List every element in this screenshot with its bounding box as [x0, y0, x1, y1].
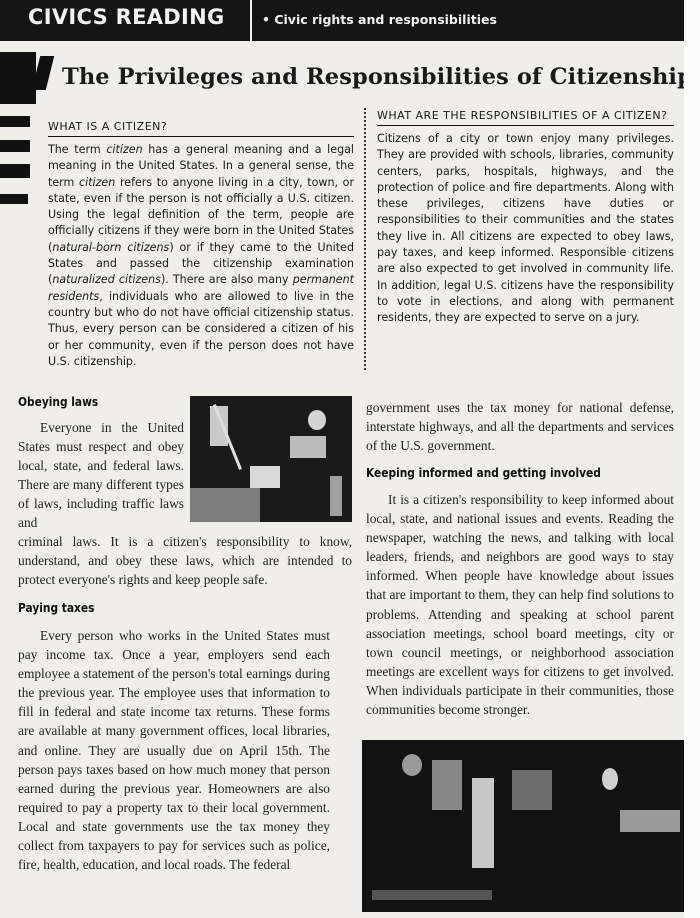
italic-term: natural-born citizens — [52, 241, 169, 254]
obeying-laws-text-wrap: Everyone in the United States must respe… — [18, 418, 184, 533]
banner-subtitle: • Civic rights and responsibilities — [262, 12, 497, 27]
what-is-citizen-box: What is a citizen? The term citizen has … — [48, 120, 354, 370]
italic-term: citizen — [106, 143, 142, 156]
banner-title: CIVICS READING — [28, 5, 225, 29]
text-run: ). There are also many — [161, 273, 293, 286]
box-body-text: Citizens of a city or town enjoy many pr… — [377, 131, 674, 327]
street-scene-photo — [190, 396, 352, 522]
obeying-laws-text: criminal laws. It is a citizen's respons… — [18, 532, 352, 589]
header-banner: CIVICS READING • Civic rights and respon… — [0, 0, 684, 41]
box-body-text: The term citizen has a general meaning a… — [48, 142, 354, 370]
document-page: CIVICS READING • Civic rights and respon… — [0, 0, 684, 918]
keeping-informed-text: It is a citizen's responsibility to keep… — [366, 490, 674, 719]
italic-term: naturalized citizens — [52, 273, 161, 286]
page-margin — [684, 0, 700, 918]
banner-left: CIVICS READING — [0, 0, 250, 41]
section-heading-keeping-informed: Keeping informed and getting involved — [366, 465, 601, 480]
banner-divider — [250, 0, 252, 41]
box-heading: What are the responsibilities of a citiz… — [377, 109, 674, 126]
section-heading-paying-taxes: Paying taxes — [18, 600, 94, 615]
responsibilities-box: What are the responsibilities of a citiz… — [377, 109, 674, 327]
paying-taxes-text: Every person who works in the United Sta… — [18, 626, 330, 874]
dotted-divider — [364, 108, 366, 370]
page-title: The Privileges and Responsibilities of C… — [62, 64, 693, 90]
italic-term: citizen — [79, 176, 115, 189]
section-heading-obeying-laws: Obeying laws — [18, 394, 98, 409]
text-run: The term — [48, 143, 106, 156]
paying-taxes-continued-text: government uses the tax money for nation… — [366, 398, 674, 455]
box-heading: What is a citizen? — [48, 120, 354, 137]
community-meeting-photo — [362, 740, 688, 912]
